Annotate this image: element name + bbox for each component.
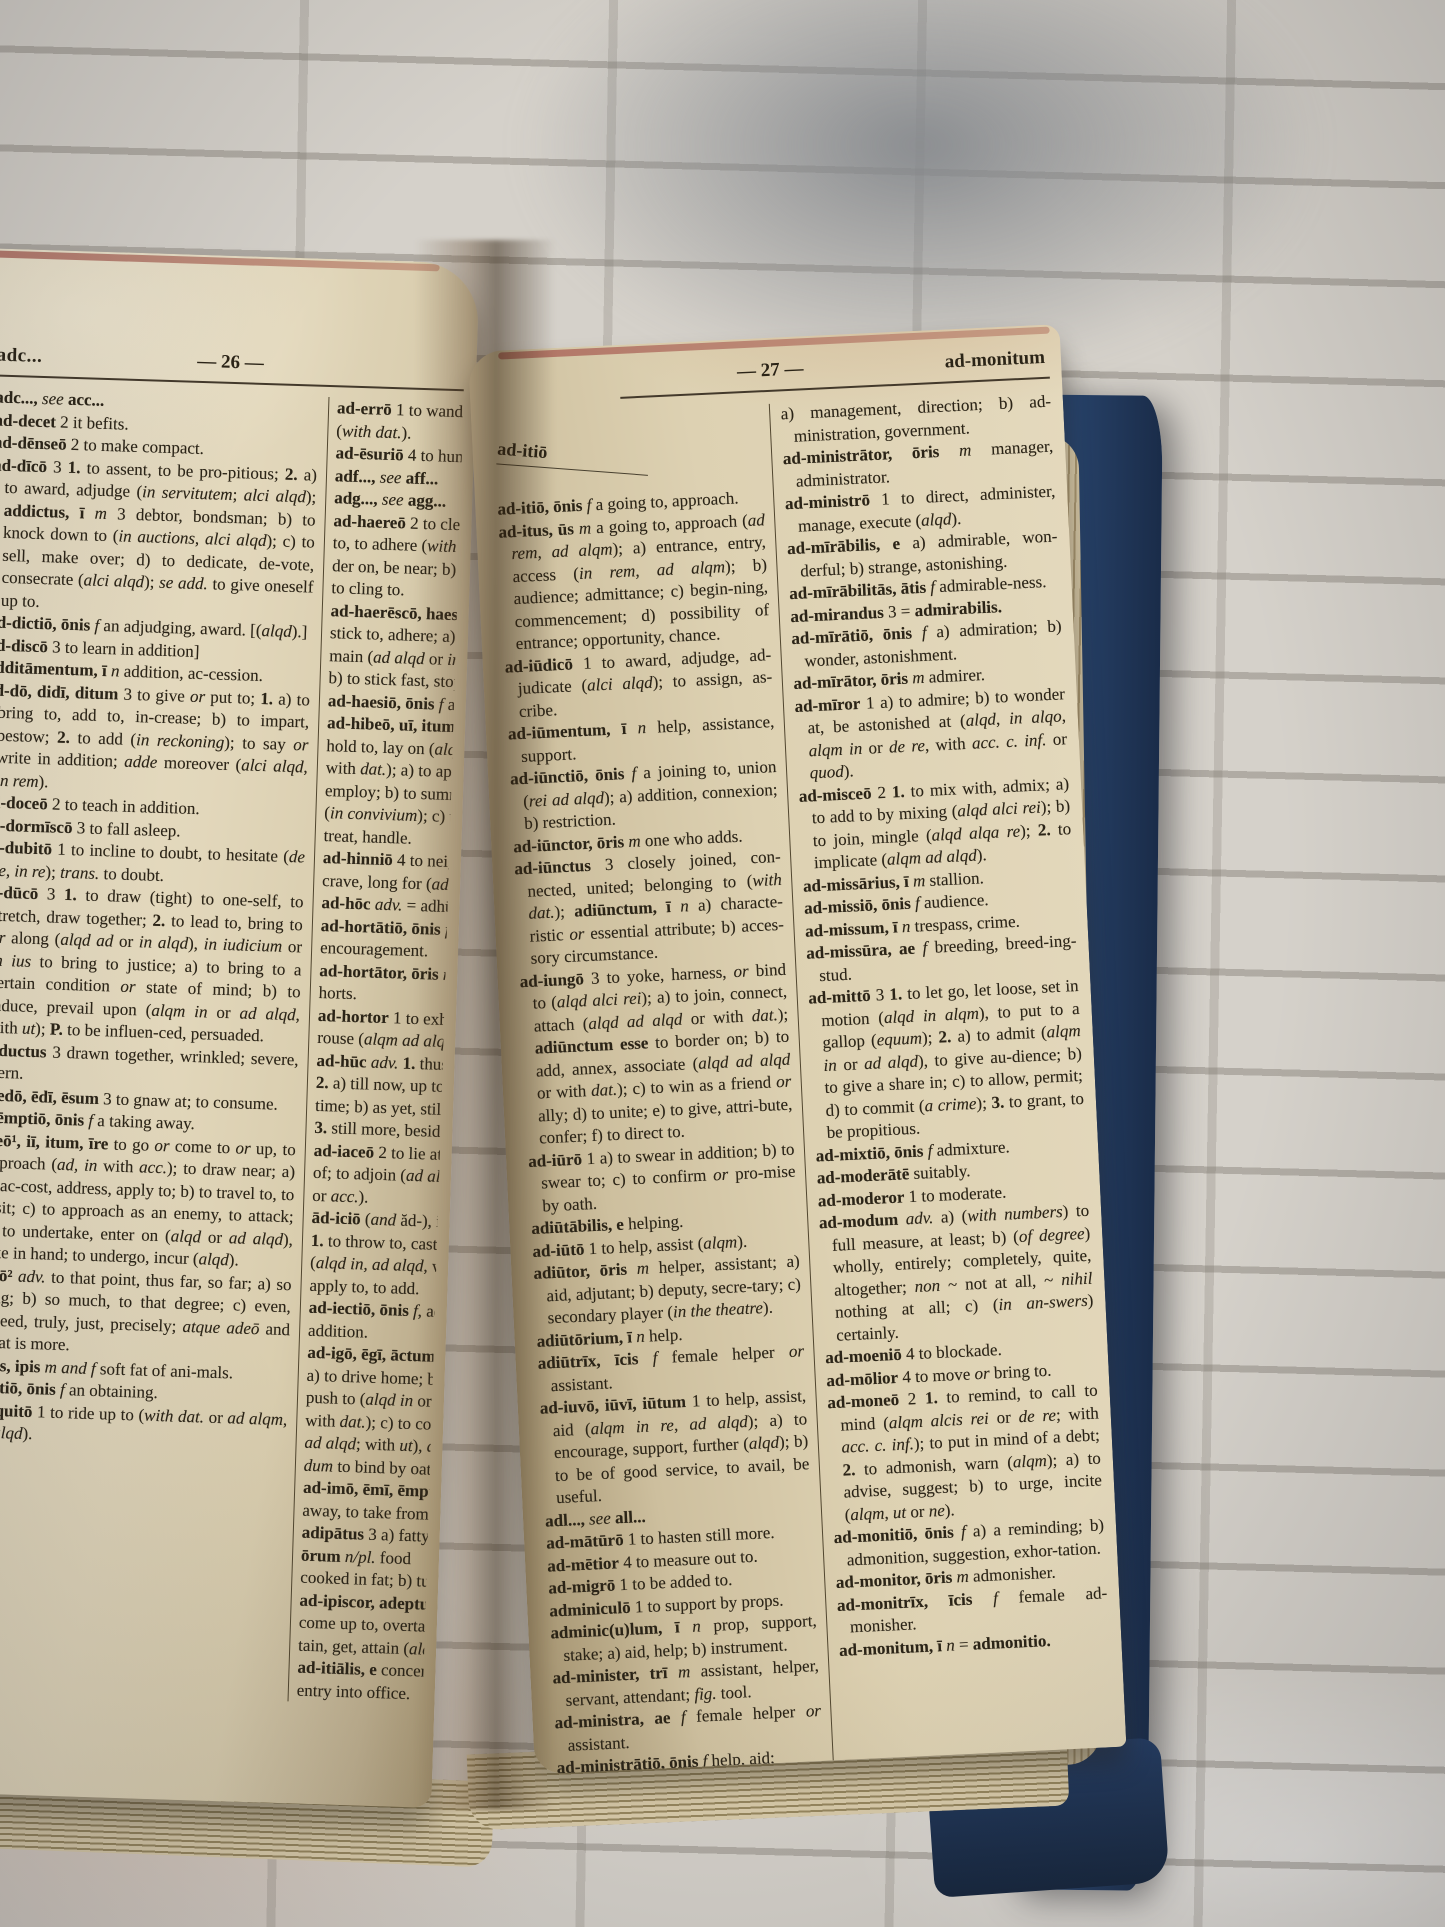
clipped-text-line: ād-iciō (and ăd-), iēcī, [311, 1207, 438, 1233]
clipped-text-line: stick to, adhere; a) to re- [330, 622, 457, 648]
dictionary-entry: ad-mīror 1 a) to admire; b) to wonder at… [794, 683, 1068, 786]
right-page: — 27 — ad-monitum ad-itiō ad-itiō, ōnis … [468, 324, 1126, 1774]
clipped-text-line: cooked in fat; b) turgid. [300, 1567, 427, 1593]
left-column-1: adc..., see acc...ad-decet 2 it befits.a… [0, 386, 319, 1701]
clipped-text-line: ad-hibeō, uī, itum 2 to [327, 712, 454, 738]
clipped-text-line: rouse (alqm ad alqd or in [317, 1027, 444, 1053]
dictionary-entry: ad-iuvō, iūvī, iūtum 1 to help, assist, … [539, 1385, 811, 1510]
dictionary-entry: ad-mittō 3 1. to let go, let loose, set … [808, 975, 1086, 1145]
left-page: adc... — 26 — adc..., see acc...ad-decet… [0, 248, 480, 1808]
dictionary-entry: ad-modum adv. a) (with numbers) to full … [818, 1200, 1095, 1348]
clipped-text-line: b) to stick fast, stop. [328, 667, 455, 693]
clipped-text-line: ad-errō 1 to wander to [337, 397, 464, 423]
clipped-text-line: ad-hinniō 4 to neigh to, to [323, 847, 450, 873]
clipped-text-line: ad alqd; with ut), alqm [304, 1432, 431, 1458]
clipped-text-line: ad-itiālis, e concerning [297, 1657, 424, 1683]
dictionary-entry: ad-dīcō 3 1. to assent, to be pro-pitiou… [0, 454, 317, 622]
clipped-text-line: to, to adhere (with dat.); to bor- [332, 532, 459, 558]
clipped-text-line: of; to adjoin (ad alqd [313, 1162, 440, 1188]
clipped-text-line: with dat.); a) to apply to, [325, 757, 452, 783]
clipped-text-line: ad-imō, ēmī, ēmptum 3 [303, 1477, 430, 1503]
left-column-2-clipped: ad-errō 1 to wander to(with dat.).ad-ēsu… [287, 397, 463, 1706]
clipped-text-line: adg..., see agg... [334, 487, 461, 513]
clipped-text-line: encouragement. [320, 937, 447, 963]
left-page-number: — 26 — [0, 345, 465, 382]
clipped-text-line: push to (alqd in or ad [306, 1387, 433, 1413]
red-stained-page-edge [0, 250, 440, 271]
clipped-text-line: come up to, overtake; to ob- [299, 1612, 426, 1638]
clipped-text-line: (alqd in, ad alqd, with [310, 1252, 437, 1278]
dictionary-entry: ad-misceō 2 1. to mix with, admix; a) to… [798, 773, 1072, 876]
clipped-text-line: (in convivium); c) to use, [324, 802, 451, 828]
clipped-text-line: ad-ēsuriō 4 to hunger after [335, 442, 462, 468]
open-dictionary-book: adc... — 26 — adc..., see acc...ad-decet… [0, 0, 1445, 1927]
right-column-2: a) management, direction; b) ad-ministra… [768, 391, 1114, 1767]
dictionary-entry: ad-iungō 3 to yoke, harness, or bind to … [519, 958, 794, 1150]
dictionary-entry: ad-iūnctus 3 closely joined, con-nected,… [514, 846, 786, 971]
dictionary-entry: adiūtor, ōris m helper, assistant; a) ai… [533, 1250, 802, 1330]
clipped-text-line: adipātus 3 a) fatty; -um, [301, 1522, 428, 1548]
clipped-text-line: horts. [318, 982, 445, 1008]
dictionary-entry: ad-iūnctiō, ōnis f a joining to, union (… [510, 756, 779, 836]
dictionary-entry: ad-moneō 2 1. to remind, to call to mind… [827, 1380, 1104, 1528]
dictionary-entry: ad-iūrō 1 a) to swear in addition; b) to… [528, 1138, 797, 1218]
dictionary-entry: ad-eō² adv. to that point, thus far, so … [0, 1264, 292, 1364]
clipped-text-line: to cling to. [331, 577, 458, 603]
clipped-text-line: 3. still more, besides. [314, 1117, 441, 1143]
right-column-1: ad-itiō, ōnis f a going to, approach.ad-… [493, 404, 823, 1774]
left-page-columns: adc..., see acc...ad-decet 2 it befits.a… [0, 386, 463, 1705]
dictionary-entry: ad-dūcō 3 1. to draw (tight) to one-self… [0, 881, 304, 1049]
dictionary-entry: ad-eō¹, iī, itum, īre to go or come to o… [0, 1129, 296, 1274]
clipped-text-line: ad-hōc adv. = adhūc. [321, 892, 448, 918]
clipped-text-line: ad-igō, ēgī, āctum 3 to [307, 1342, 434, 1368]
clipped-text-line: 2. a) till now, up to this [316, 1072, 443, 1098]
right-catchword: ad-monitum [944, 347, 1045, 374]
dictionary-entry: ad-equitō 1 to ride up to (with dat. or … [0, 1398, 288, 1453]
catchword-text: ad-itiō [497, 439, 548, 463]
left-page-header: adc... — 26 — [0, 345, 465, 392]
dictionary-entry: ad-dō, didī, ditum 3 to give or put to; … [0, 679, 310, 802]
clipped-text-line: ad-iectiō, ōnis f, ad- [308, 1297, 435, 1323]
right-page-columns: ad-itiō, ōnis f a going to, approach.ad-… [493, 391, 1115, 1775]
dictionary-entry: ad-itus, ūs m a going to, approach (ad r… [498, 509, 771, 656]
dictionary-entry: ad-iūdicō 1 to award, adjudge, ad-judica… [504, 644, 773, 724]
clipped-text-line: entry into office. [296, 1679, 423, 1705]
